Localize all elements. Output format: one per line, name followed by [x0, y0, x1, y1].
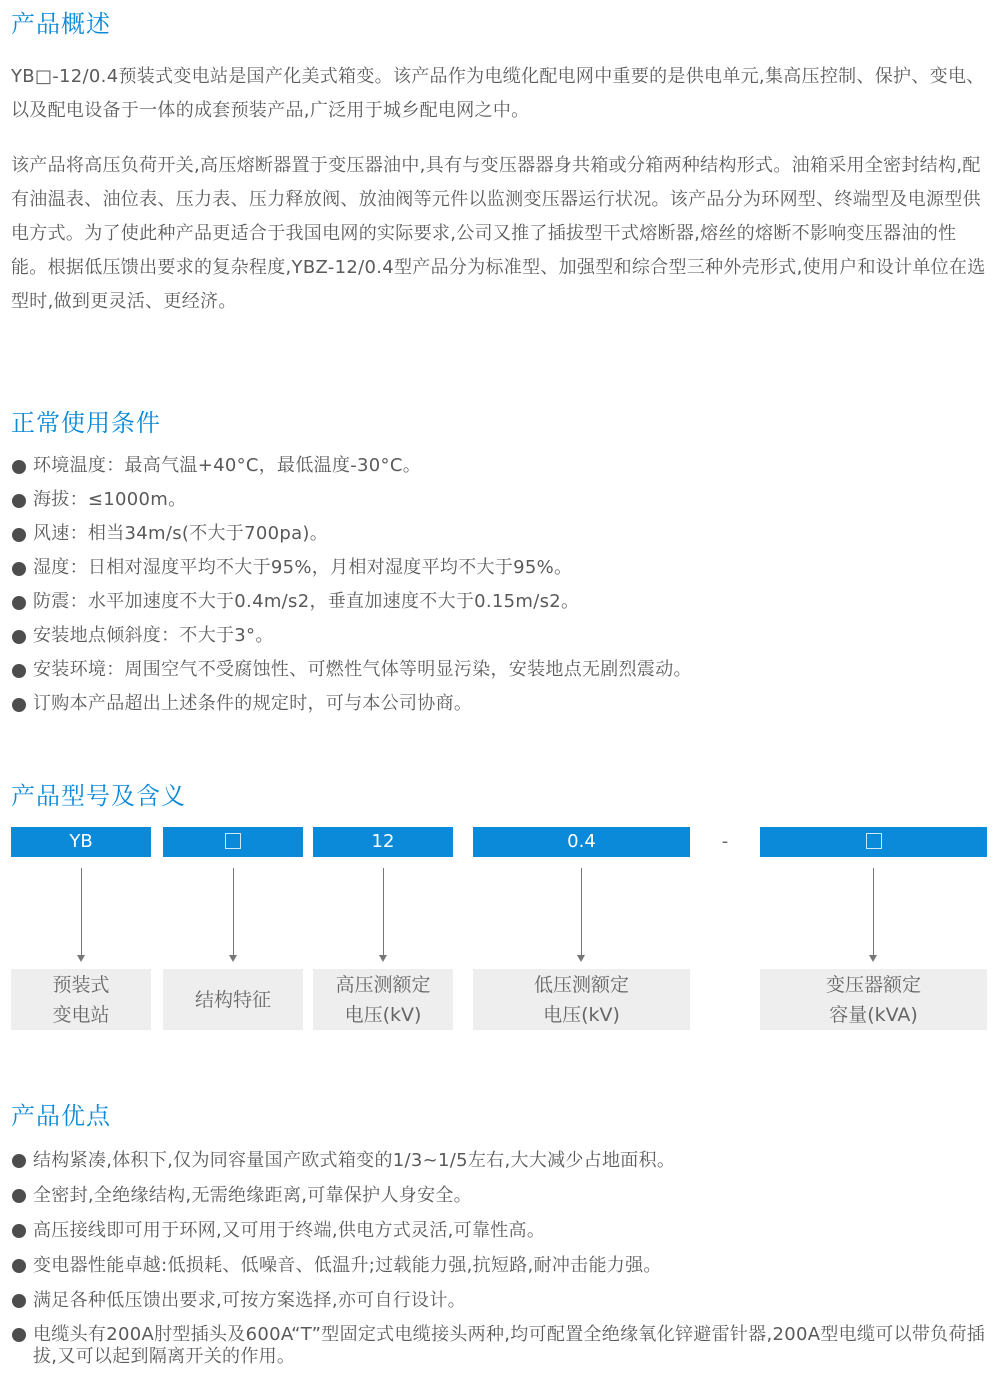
list-item: 安装环境：周围空气不受腐蚀性、可燃性气体等明显污染，安装地点无剧烈震动。	[11, 653, 996, 687]
bullet-icon	[12, 1189, 26, 1203]
bullet-icon	[12, 460, 26, 474]
bullet-icon	[12, 1259, 26, 1273]
model-code-yb: YB	[11, 827, 151, 857]
arrow-down-icon	[383, 868, 384, 956]
advantages-list: 结构紧凑,体积下,仅为同容量国产欧式箱变的1/3~1/5左右,大大减少占地面积。…	[11, 1143, 996, 1368]
bullet-icon	[12, 528, 26, 542]
list-item: 订购本产品超出上述条件的规定时，可与本公司协商。	[11, 687, 996, 721]
arrow-down-icon	[581, 868, 582, 956]
meaning-box-structure: 结构特征	[163, 969, 303, 1030]
list-item: 海拔：≤1000m。	[11, 483, 996, 517]
overview-paragraph-1: YB□-12/0.4预装式变电站是国产化美式箱变。该产品作为电缆化配电网中重要的…	[11, 60, 991, 128]
bullet-icon	[12, 1154, 26, 1168]
bullet-icon	[12, 596, 26, 610]
meaning-box-hv: 高压测额定 电压(kV)	[313, 969, 453, 1030]
bullet-icon	[12, 494, 26, 508]
arrow-down-icon	[873, 868, 874, 956]
arrow-down-icon	[233, 868, 234, 956]
list-item: 满足各种低压馈出要求,可按方案选择,亦可自行设计。	[11, 1283, 996, 1318]
model-code-structure	[163, 827, 303, 857]
model-code-lv: 0.4	[473, 827, 690, 857]
list-item: 电缆头有200A肘型插头及600A“T”型固定式电缆接头两种,均可配置全绝缘氧化…	[11, 1318, 996, 1368]
section-title-advantages: 产品优点	[11, 1096, 111, 1131]
section-title-overview: 产品概述	[11, 4, 111, 39]
list-item: 防震：水平加速度不大于0.4m/s2，垂直加速度不大于0.15m/s2。	[11, 585, 996, 619]
bullet-icon	[12, 664, 26, 678]
list-item: 结构紧凑,体积下,仅为同容量国产欧式箱变的1/3~1/5左右,大大减少占地面积。	[11, 1143, 996, 1178]
model-code-capacity	[760, 827, 987, 857]
bullet-icon	[12, 1328, 26, 1342]
list-item: 风速：相当34m/s(不大于700pa)。	[11, 517, 996, 551]
meaning-box-yb: 预装式 变电站	[11, 969, 151, 1030]
conditions-list: 环境温度：最高气温+40°C，最低温度-30°C。 海拔：≤1000m。 风速：…	[11, 449, 996, 721]
list-item: 高压接线即可用于环网,又可用于终端,供电方式灵活,可靠性高。	[11, 1213, 996, 1248]
list-item: 全密封,全绝缘结构,无需绝缘距离,可靠保护人身安全。	[11, 1178, 996, 1213]
list-item: 安装地点倾斜度：不大于3°。	[11, 619, 996, 653]
bullet-icon	[12, 698, 26, 712]
list-item: 湿度：日相对湿度平均不大于95%，月相对湿度平均不大于95%。	[11, 551, 996, 585]
meaning-box-lv: 低压测额定 电压(kV)	[473, 969, 690, 1030]
model-separator: -	[715, 827, 735, 857]
model-code-hv: 12	[313, 827, 453, 857]
bullet-icon	[12, 562, 26, 576]
overview-paragraph-2: 该产品将高压负荷开关,高压熔断器置于变压器油中,具有与变压器器身共箱或分箱两种结…	[11, 149, 991, 319]
list-item: 变电器性能卓越:低损耗、低噪音、低温升;过载能力强,抗短路,耐冲击能力强。	[11, 1248, 996, 1283]
section-title-conditions: 正常使用条件	[11, 403, 161, 438]
meaning-box-capacity: 变压器额定 容量(kVA)	[760, 969, 987, 1030]
bullet-icon	[12, 1224, 26, 1238]
placeholder-square-icon	[225, 833, 241, 849]
bullet-icon	[12, 1294, 26, 1308]
list-item: 环境温度：最高气温+40°C，最低温度-30°C。	[11, 449, 996, 483]
bullet-icon	[12, 630, 26, 644]
section-title-model: 产品型号及含义	[11, 776, 186, 811]
placeholder-square-icon	[866, 833, 882, 849]
arrow-down-icon	[81, 868, 82, 956]
